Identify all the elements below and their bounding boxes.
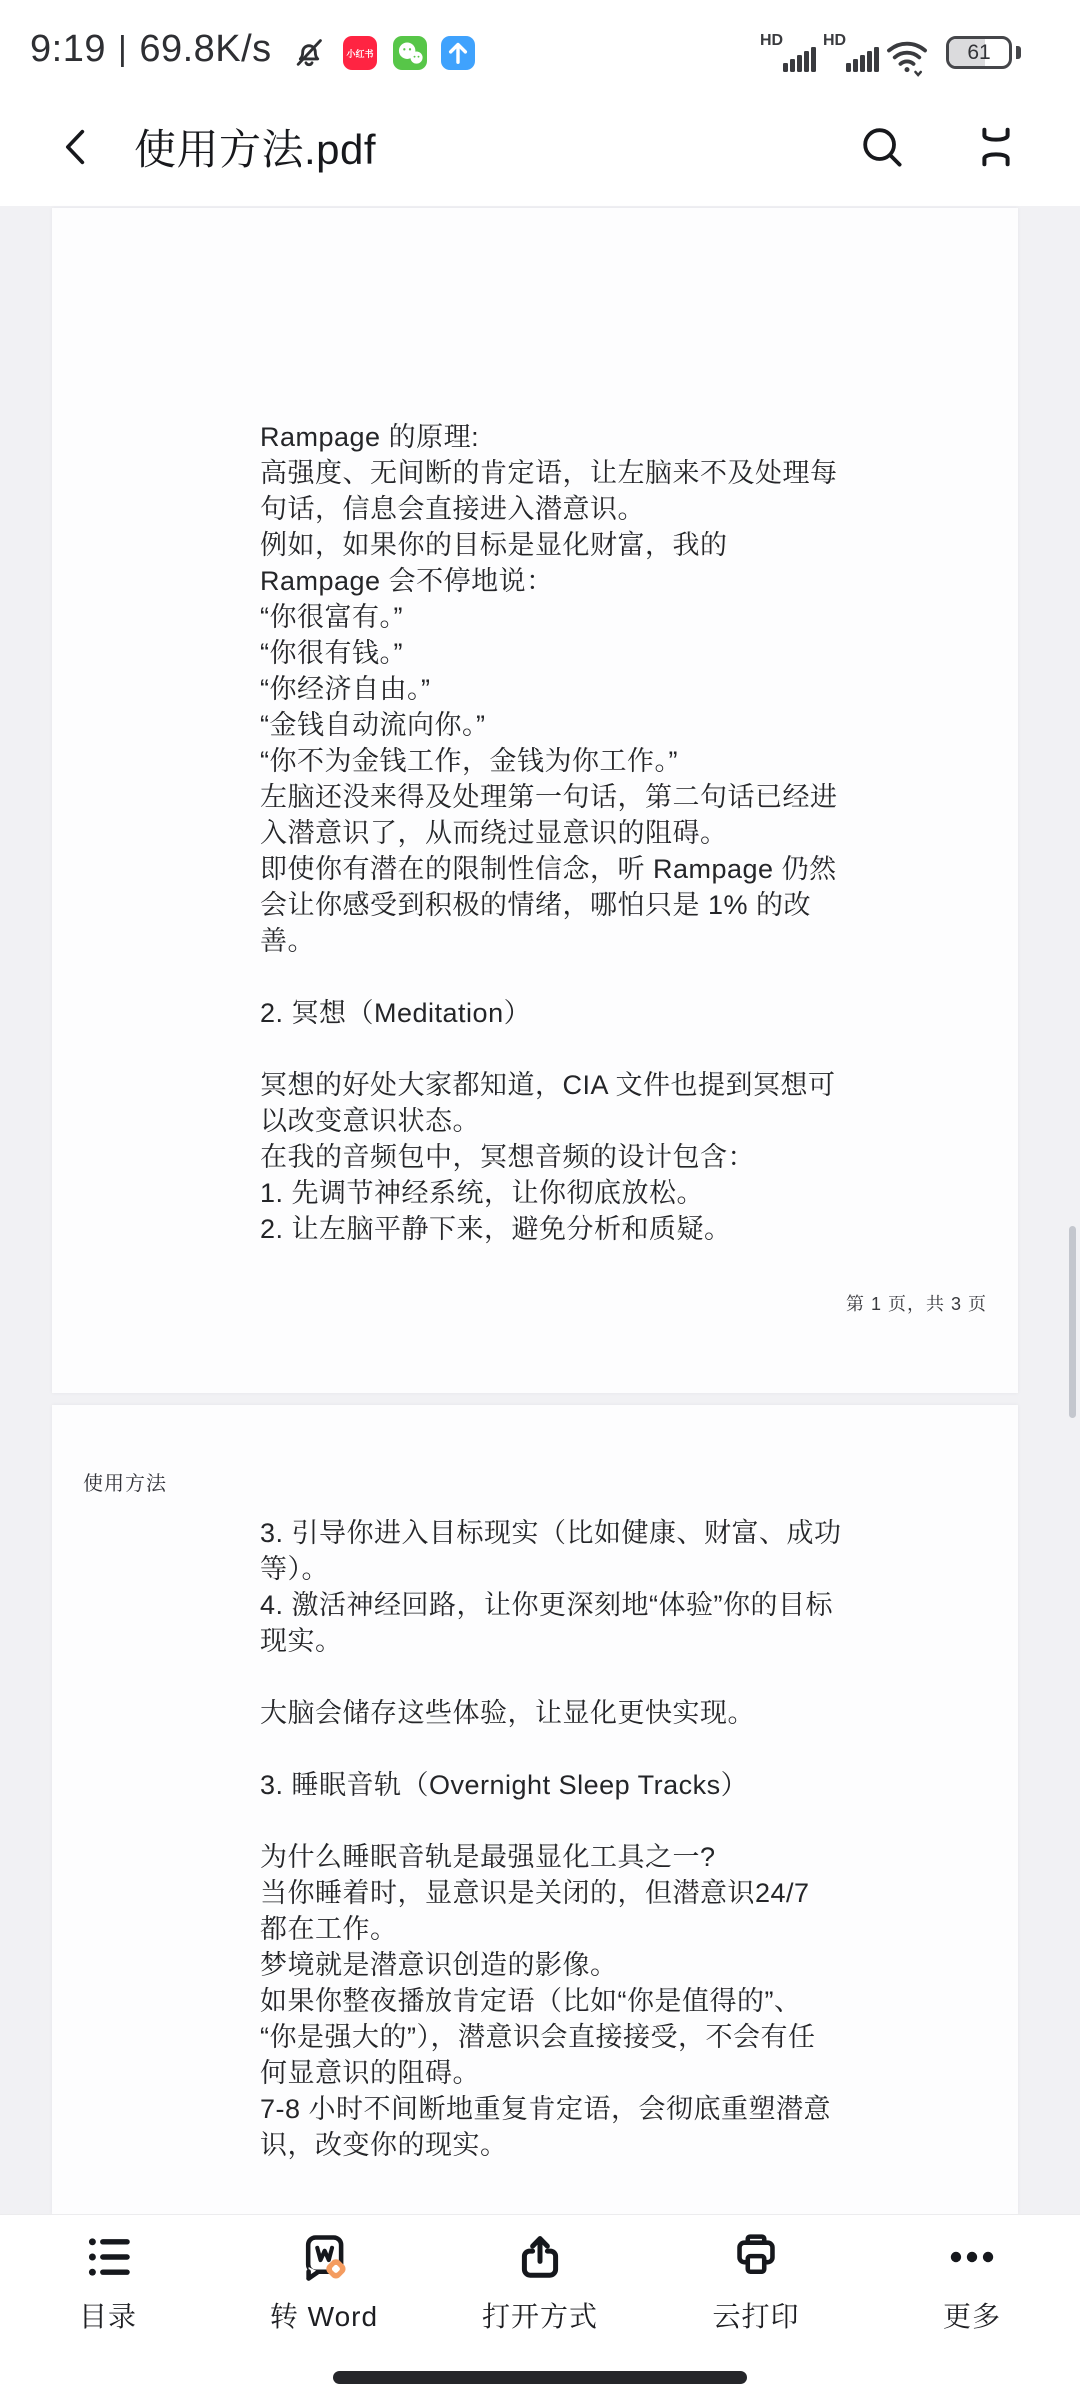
- share-open-icon: [514, 2231, 566, 2283]
- convert-to-word-icon: [298, 2231, 350, 2283]
- pdf-text-line: “你很富有。”: [260, 599, 998, 635]
- sim1-signal: HD: [760, 32, 818, 72]
- pdf-text-line: 都在工作。: [260, 1911, 998, 1947]
- pdf-text-line: 高强度、无间断的肯定语，让左脑来不及处理每: [260, 455, 998, 491]
- pdf-text-line: 当你睡着时，显意识是关闭的，但潜意识24/7: [260, 1875, 998, 1911]
- pdf-text-line: “你很有钱。”: [260, 635, 998, 671]
- pdf-text-line: [260, 1659, 998, 1695]
- pdf-text-line: [260, 1031, 998, 1067]
- toolbar-label: 转 Word: [270, 2295, 378, 2335]
- pdf-text-line: 2. 冥想（Meditation）: [260, 995, 998, 1031]
- page2-text-block: 3. 引导你进入目标现实（比如健康、财富、成功等）。4. 激活神经回路，让你更深…: [260, 1515, 998, 2163]
- page-title: 使用方法.pdf: [134, 88, 376, 206]
- toolbar-item-more[interactable]: 更多: [864, 2215, 1080, 2400]
- pdf-text-line: 例如，如果你的目标是显化财富，我的: [260, 527, 998, 563]
- status-left-group: 9:19 | 69.8K/s: [30, 28, 272, 71]
- toolbar-item-toc[interactable]: 目录: [0, 2215, 216, 2400]
- pdf-text-line: Rampage 会不停地说：: [260, 563, 998, 599]
- toolbar-label: 目录: [79, 2295, 137, 2335]
- bottom-toolbar: 目录 转 Word 打开方式: [0, 2214, 1080, 2400]
- battery-percent: 61: [967, 41, 990, 65]
- pdf-viewport[interactable]: Rampage 的原理:高强度、无间断的肯定语，让左脑来不及处理每句话，信息会直…: [0, 206, 1080, 2214]
- pdf-text-line: 2. 让左脑平静下来，避免分析和质疑。: [260, 1211, 998, 1247]
- clock: 9:19: [30, 28, 106, 71]
- status-bar: 9:19 | 69.8K/s 小红书 HD HD: [0, 0, 1080, 88]
- pdf-page-2: 使用方法 3. 引导你进入目标现实（比如健康、财富、成功等）。4. 激活神经回路…: [52, 1405, 1018, 2214]
- signal-bars-icon: [783, 47, 816, 72]
- printer-icon: [730, 2231, 782, 2283]
- hd-voice-icon: HD: [760, 32, 783, 50]
- battery-nub: [1016, 46, 1021, 59]
- app-header: 使用方法.pdf: [0, 88, 1080, 206]
- scrollbar-thumb[interactable]: [1069, 1226, 1076, 1418]
- pdf-text-line: 梦境就是潜意识创造的影像。: [260, 1947, 998, 1983]
- xiaohongshu-logo-text: 小红书: [346, 47, 373, 60]
- pdf-page-1: Rampage 的原理:高强度、无间断的肯定语，让左脑来不及处理每句话，信息会直…: [52, 208, 1018, 1393]
- sim2-signal: HD: [823, 32, 881, 72]
- pdf-text-line: 识，改变你的现实。: [260, 2127, 998, 2163]
- pdf-text-line: “你不为金钱工作，金钱为你工作。”: [260, 743, 998, 779]
- pdf-text-line: 等）。: [260, 1551, 998, 1587]
- pdf-text-line: 3. 引导你进入目标现实（比如健康、财富、成功: [260, 1515, 998, 1551]
- upload-arrow-notification-icon: [441, 36, 475, 70]
- pdf-text-line: 即使你有潜在的限制性信念，听 Rampage 仍然: [260, 851, 998, 887]
- back-button[interactable]: [54, 124, 100, 170]
- pdf-text-line: [260, 1803, 998, 1839]
- pdf-text-line: Rampage 的原理:: [260, 419, 998, 455]
- pdf-text-line: [260, 1731, 998, 1767]
- pdf-text-line: 现实。: [260, 1623, 998, 1659]
- float-window-button[interactable]: [972, 123, 1020, 171]
- toolbar-label: 云打印: [712, 2295, 799, 2335]
- pdf-text-line: 会让你感受到积极的情绪，哪怕只是 1% 的改: [260, 887, 998, 923]
- search-button[interactable]: [858, 123, 906, 171]
- pdf-text-line: 如果你整夜播放肯定语（比如“你是值得的”、: [260, 1983, 998, 2019]
- pdf-text-line: 大脑会储存这些体验，让显化更快实现。: [260, 1695, 998, 1731]
- page-number-footer: 第 1 页，共 3 页: [846, 1290, 987, 1316]
- pdf-text-line: 何显意识的阻碍。: [260, 2055, 998, 2091]
- document-header-label: 使用方法: [83, 1467, 167, 1496]
- pdf-text-line: 左脑还没来得及处理第一句话，第二句话已经进: [260, 779, 998, 815]
- pdf-text-line: 善。: [260, 923, 998, 959]
- battery-icon: 61: [946, 36, 1012, 69]
- home-indicator-bar[interactable]: [333, 2371, 747, 2384]
- signal-bars-icon: [846, 47, 879, 72]
- pdf-text-line: “金钱自动流向你。”: [260, 707, 998, 743]
- pdf-text-line: 1. 先调节神经系统，让你彻底放松。: [260, 1175, 998, 1211]
- network-speed: 69.8K/s: [139, 28, 271, 71]
- pdf-text-line: “你是强大的”），潜意识会直接接受，不会有任: [260, 2019, 998, 2055]
- pdf-text-line: 冥想的好处大家都知道，CIA 文件也提到冥想可: [260, 1067, 998, 1103]
- status-divider: |: [116, 30, 129, 69]
- pdf-text-line: 7-8 小时不间断地重复肯定语，会彻底重塑潜意: [260, 2091, 998, 2127]
- pdf-text-line: 4. 激活神经回路，让你更深刻地“体验”你的目标: [260, 1587, 998, 1623]
- xiaohongshu-notification-icon: 小红书: [343, 36, 377, 70]
- toolbar-label: 打开方式: [482, 2295, 598, 2335]
- pdf-text-line: 入潜意识了，从而绕过显意识的阻碍。: [260, 815, 998, 851]
- pdf-text-line: 以改变意识状态。: [260, 1103, 998, 1139]
- pdf-text-line: 句话，信息会直接进入潜意识。: [260, 491, 998, 527]
- pdf-text-line: [260, 959, 998, 995]
- toc-list-icon: [82, 2231, 134, 2283]
- more-dots-icon: [946, 2231, 998, 2283]
- hd-voice-icon: HD: [823, 32, 846, 50]
- wechat-notification-icon: [393, 36, 427, 70]
- pdf-text-line: 3. 睡眠音轨（Overnight Sleep Tracks）: [260, 1767, 998, 1803]
- toolbar-label: 更多: [943, 2295, 1001, 2335]
- pdf-text-line: 为什么睡眠音轨是最强显化工具之一?: [260, 1839, 998, 1875]
- notifications-muted-icon: [291, 34, 327, 70]
- wifi-icon: [884, 34, 930, 76]
- pdf-text-line: 在我的音频包中，冥想音频的设计包含：: [260, 1139, 998, 1175]
- pdf-text-line: “你经济自由。”: [260, 671, 998, 707]
- page1-text-block: Rampage 的原理:高强度、无间断的肯定语，让左脑来不及处理每句话，信息会直…: [260, 419, 998, 1247]
